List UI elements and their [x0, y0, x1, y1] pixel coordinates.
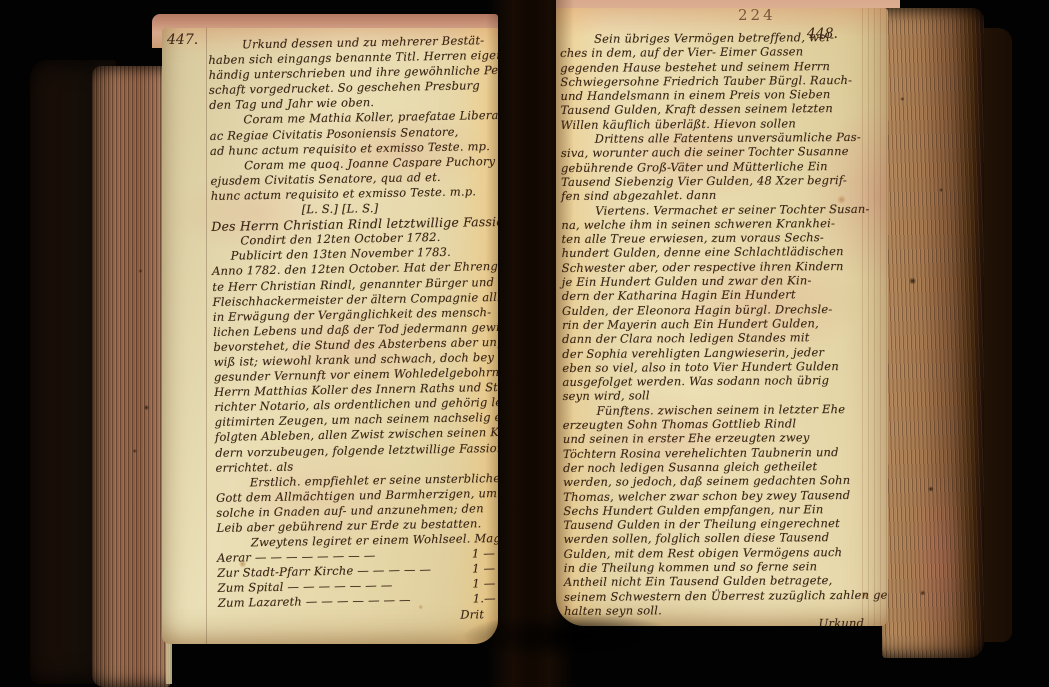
right-page: 224 448. Sein übriges Vermögen betreffen…: [556, 8, 888, 626]
manuscript-line: eben so viel, also in toto Vier Hundert …: [562, 359, 884, 376]
manuscript-line: werden, so jedoch, daß seinem gedachten …: [563, 473, 885, 490]
manuscript-line: Tausend Gulden in der Theilung eingerech…: [563, 516, 885, 533]
left-page-text: Urkund dessen und zu mehrerer Bestät-hab…: [208, 33, 498, 626]
page-number-left: 447.: [167, 32, 198, 48]
legacy-amount: 1 —: [472, 561, 498, 577]
manuscript-line: Gulden, mit dem Rest obigen Vermögens au…: [564, 544, 886, 561]
manuscript-line: na, welche ihm in seinen schweren Krankh…: [561, 216, 883, 233]
legacy-amount: 1 —: [472, 546, 498, 562]
manuscript-line: Töchtern Rosina verehelichten Taubnerin …: [563, 444, 885, 461]
folio-stamp: 224: [738, 8, 776, 24]
manuscript-line: Schwiegersohne Friedrich Tauber Bürgl. R…: [560, 73, 882, 90]
right-page-text: Sein übriges Vermögen betreffend, wel-ch…: [560, 30, 886, 626]
manuscript-line: Thomas, welcher zwar schon bey zwey Taus…: [563, 487, 885, 504]
legacy-amount: 1.—: [473, 591, 498, 607]
page-edges-right: [882, 8, 984, 658]
manuscript-line: Tausend Siebenzig Vier Gulden, 48 Xzer b…: [561, 173, 883, 190]
photo-background: 447. Urkund dessen und zu mehrerer Bestä…: [0, 0, 1049, 687]
manuscript-line: seinem Schwestern den Überrest zuzüglich…: [564, 587, 886, 604]
manuscript-line: Schwester aber, oder respective ihren Ki…: [562, 258, 884, 275]
manuscript-line: Sein übriges Vermögen betreffend, wel-: [560, 30, 882, 47]
page-edges-left: [92, 66, 170, 687]
left-page: 447. Urkund dessen und zu mehrerer Bestä…: [162, 28, 498, 644]
manuscript-line: Fünftens. zwischen seinem in letzter Ehe: [563, 401, 885, 418]
margin-rule: [206, 28, 207, 644]
legacy-amount: 1 —: [472, 576, 498, 592]
manuscript-line: siva, worunter auch die seiner Tochter S…: [561, 144, 883, 161]
